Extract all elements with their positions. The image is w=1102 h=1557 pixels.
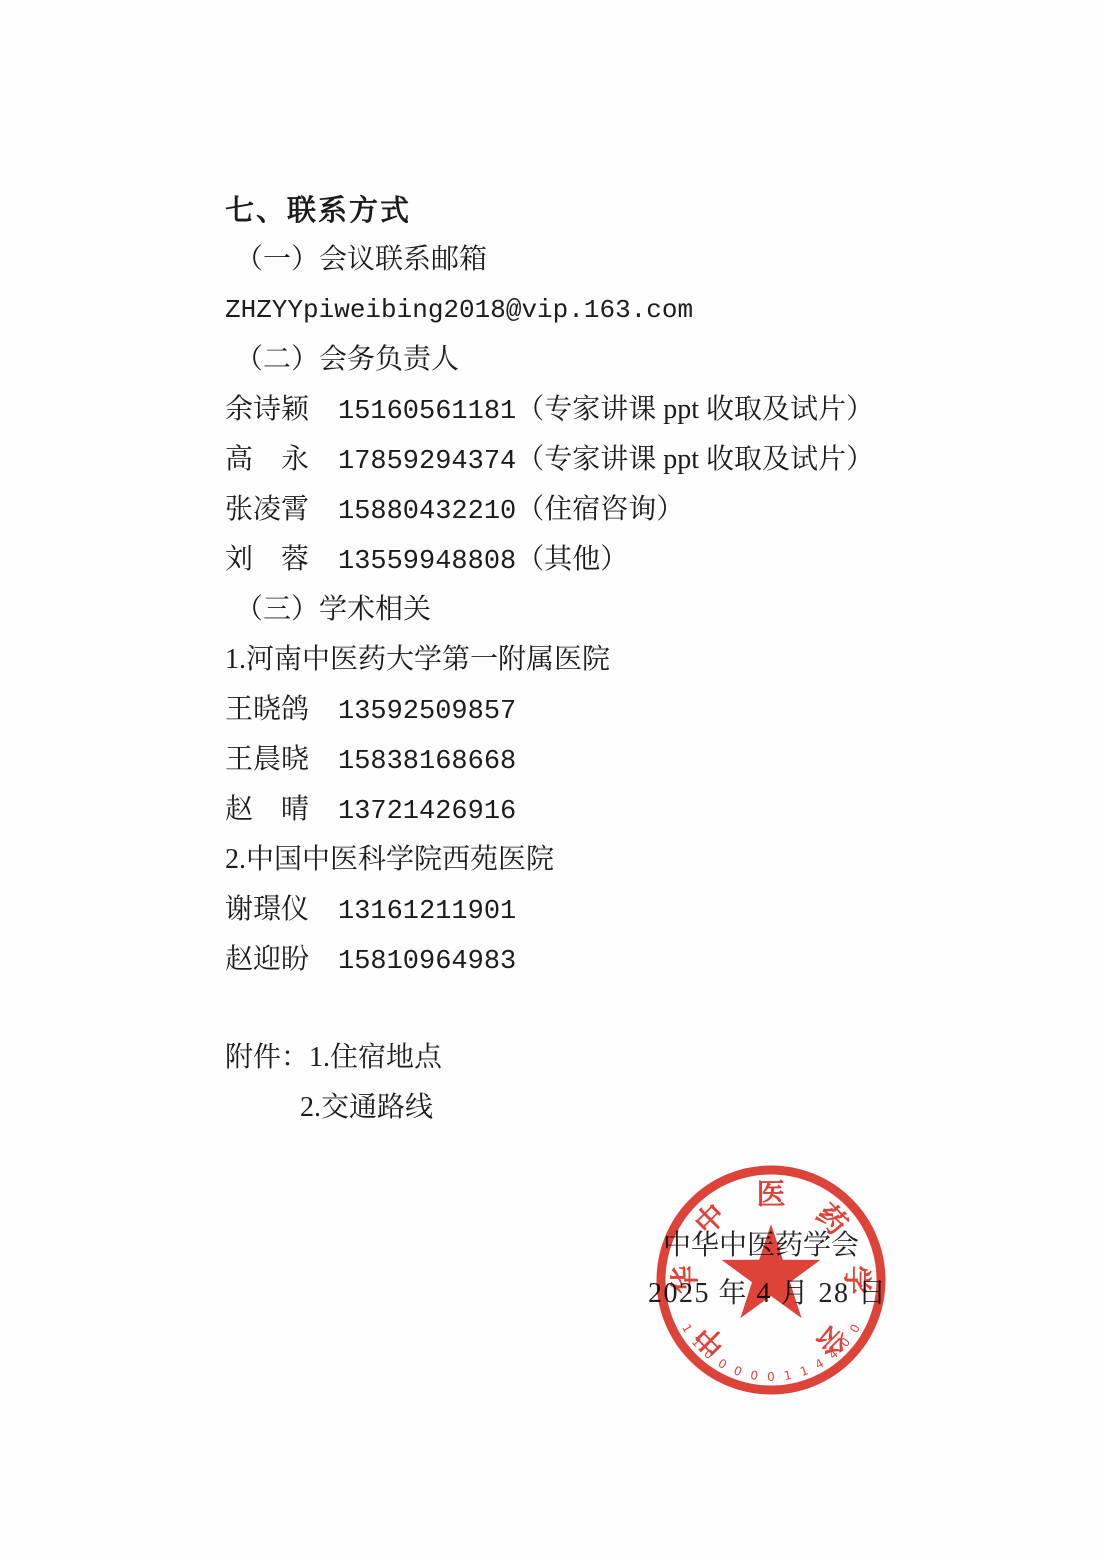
organization-2-name: 2.中国中医科学院西苑医院 (225, 835, 925, 885)
contact-name: 赵 晴 (225, 785, 338, 835)
blank-line (225, 985, 925, 1033)
seal-code-digit: 4 (813, 1356, 827, 1372)
seal-code-digit: 0 (749, 1368, 759, 1383)
subsection-1-heading: （一）会议联系邮箱 (235, 235, 925, 285)
seal-code-digit: 1 (783, 1368, 793, 1383)
academic-contact-row: 赵迎盼15810964983 (225, 935, 925, 985)
seal-arc-char: 学 (840, 1265, 874, 1294)
contact-phone: 15838168668 (338, 747, 516, 777)
seal-code-digit: 0 (732, 1363, 744, 1379)
staff-contact-row: 刘 蓉13559948808（其他） (225, 535, 925, 585)
document-page: 七、联系方式 （一）会议联系邮箱 ZHZYYpiweibing2018@vip.… (0, 0, 1102, 1557)
attachment-item-2: 2.交通路线 (300, 1083, 925, 1133)
seal-arc-char: 华 (668, 1265, 702, 1294)
seal-code-digit: 1 (798, 1363, 810, 1379)
contact-phone: 13592509857 (338, 697, 516, 727)
seal-arc-char: 医 (756, 1177, 785, 1211)
contact-name: 王晨晓 (225, 735, 338, 785)
subsection-3-heading: （三）学术相关 (235, 585, 925, 635)
contact-name: 王晓鸽 (225, 685, 338, 735)
seal-star-icon (722, 1224, 821, 1318)
contact-email: ZHZYYpiweibing2018@vip.163.com (225, 285, 925, 335)
organization-1-name: 1.河南中医药大学第一附属医院 (225, 635, 925, 685)
document-body: 七、联系方式 （一）会议联系邮箱 ZHZYYpiweibing2018@vip.… (225, 185, 925, 1133)
attachment-item-1: 1.住宿地点 (309, 1042, 442, 1073)
contact-name: 谢璟仪 (225, 885, 338, 935)
contact-phone: 15810964983 (338, 947, 516, 977)
contact-name: 赵迎盼 (225, 935, 338, 985)
staff-contact-row: 高 永17859294374（专家讲课 ppt 收取及试片） (225, 435, 925, 485)
official-seal: 中 华 中 医 药 学 会 1 1 0 0 0 0 0 1 1 4 4 0 0 (653, 1162, 889, 1398)
seal-code-digit: 1 (679, 1322, 695, 1336)
academic-contact-row: 王晨晓15838168668 (225, 735, 925, 785)
contact-name: 余诗颖 (225, 385, 338, 435)
contact-note: （其他） (516, 544, 628, 575)
subsection-2-heading: （二）会务负责人 (235, 335, 925, 385)
seal-code-digit: 0 (767, 1370, 775, 1384)
staff-contact-row: 张凌霄15880432210（住宿咨询） (225, 485, 925, 535)
attachments-label: 附件： (225, 1042, 309, 1073)
contact-phone: 15880432210 (338, 497, 516, 527)
staff-contact-row: 余诗颖15160561181（专家讲课 ppt 收取及试片） (225, 385, 925, 435)
contact-phone: 15160561181 (338, 397, 516, 427)
contact-phone: 13161211901 (338, 897, 516, 927)
academic-contact-row: 赵 晴13721426916 (225, 785, 925, 835)
contact-phone: 13721426916 (338, 797, 516, 827)
attachments-line: 附件：1.住宿地点 (225, 1033, 925, 1083)
contact-phone: 17859294374 (338, 447, 516, 477)
contact-phone: 13559948808 (338, 547, 516, 577)
contact-note: （住宿咨询） (516, 494, 684, 525)
academic-contact-row: 谢璟仪13161211901 (225, 885, 925, 935)
contact-note: （专家讲课 ppt 收取及试片） (516, 444, 874, 475)
contact-name: 张凌霄 (225, 485, 338, 535)
contact-name: 高 永 (225, 435, 338, 485)
contact-note: （专家讲课 ppt 收取及试片） (516, 394, 874, 425)
section-heading: 七、联系方式 (225, 185, 925, 235)
contact-name: 刘 蓉 (225, 535, 338, 585)
seal-code-digit: 0 (847, 1322, 863, 1336)
seal-code-digit: 0 (716, 1356, 730, 1372)
academic-contact-row: 王晓鸽13592509857 (225, 685, 925, 735)
